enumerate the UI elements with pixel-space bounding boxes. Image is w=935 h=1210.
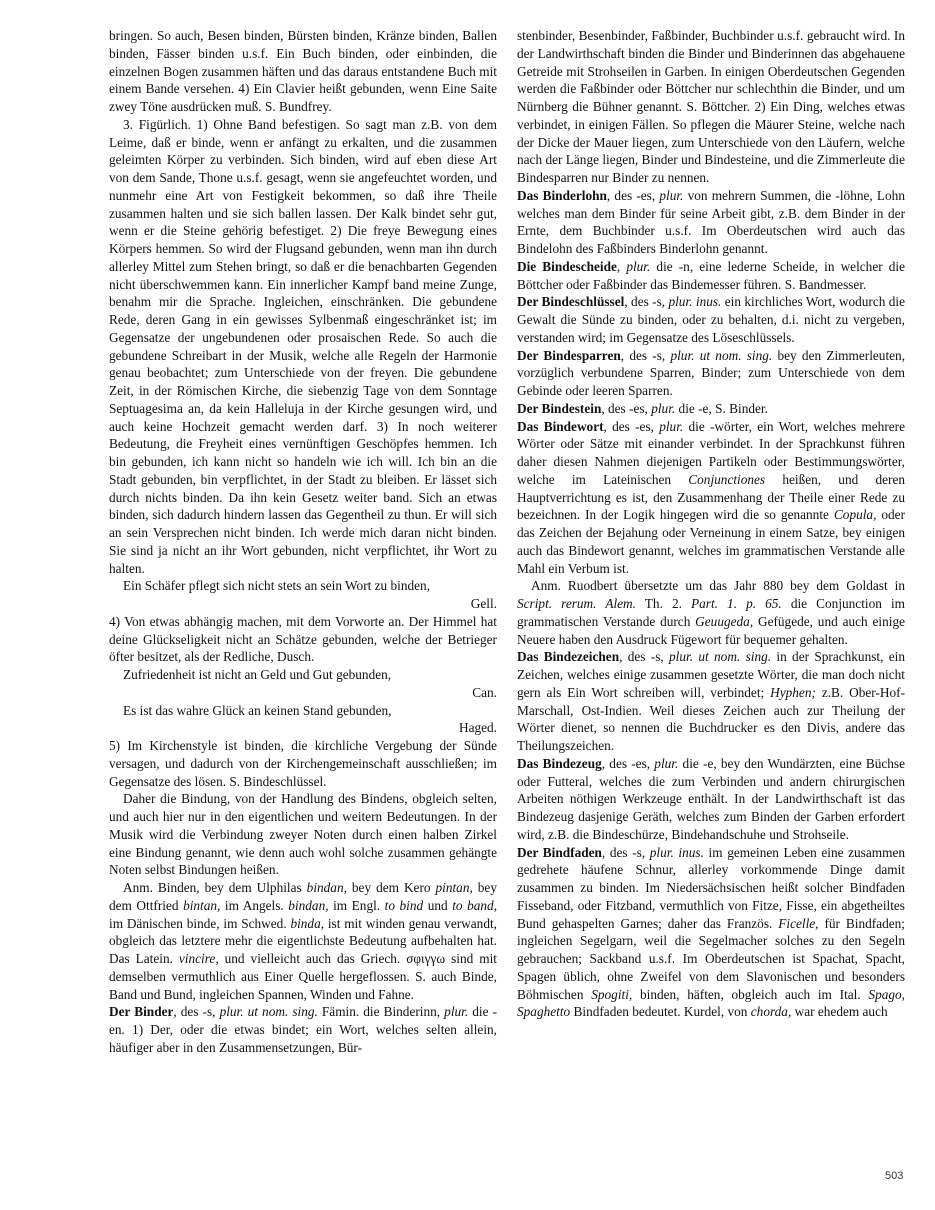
italic-term: Hyphen; bbox=[770, 685, 816, 700]
headword: Der Bindeschlüssel bbox=[517, 294, 624, 309]
entry-der-bindfaden: Der Bindfaden, des -s, plur. inus. im ge… bbox=[517, 844, 905, 1022]
grammar-note: plur. bbox=[651, 401, 675, 416]
right-column: stenbinder, Besenbinder, Faßbinder, Buch… bbox=[517, 27, 905, 1021]
paragraph-binden-cont: bringen. So auch, Besen binden, Bürsten … bbox=[109, 27, 497, 116]
grammar-note: plur. ut nom. sing. bbox=[220, 1004, 318, 1019]
italic-term: bintan, bbox=[183, 898, 220, 913]
page-number: 503 bbox=[885, 1170, 903, 1182]
grammar-note: plur. inus. bbox=[668, 294, 721, 309]
entry-der-binder-cont: stenbinder, Besenbinder, Faßbinder, Buch… bbox=[517, 27, 905, 187]
paragraph-abhaengig: 4) Von etwas abhängig machen, mit dem Vo… bbox=[109, 613, 497, 666]
text: Fämin. die Binderinn, bbox=[318, 1004, 444, 1019]
text: im Engl. bbox=[329, 898, 385, 913]
italic-term: bindan, bbox=[307, 880, 347, 895]
italic-term: vincire, bbox=[179, 951, 219, 966]
text: und bbox=[423, 898, 452, 913]
entry-das-binderlohn: Das Binderlohn, des -es, plur. von mehre… bbox=[517, 187, 905, 258]
headword: Das Bindezeug bbox=[517, 756, 602, 771]
italic-term: bindan, bbox=[288, 898, 328, 913]
italic-term: Geuugeda, bbox=[695, 614, 753, 629]
text: , des -es, bbox=[602, 756, 655, 771]
italic-term: Conjunctiones bbox=[688, 472, 765, 487]
verse-attribution: Can. bbox=[109, 684, 497, 702]
annotation-bindewort: Anm. Ruodbert übersetzte um das Jahr 880… bbox=[517, 577, 905, 648]
text: bey dem Kero bbox=[347, 880, 436, 895]
paragraph-kirchenstyle: 5) Im Kirchenstyle ist binden, die kirch… bbox=[109, 737, 497, 790]
entry-das-bindewort: Das Bindewort, des -es, plur. die -wörte… bbox=[517, 418, 905, 578]
left-column: bringen. So auch, Besen binden, Bürsten … bbox=[109, 27, 497, 1057]
entry-der-bindesparren: Der Bindesparren, des -s, plur. ut nom. … bbox=[517, 347, 905, 400]
entry-die-bindescheide: Die Bindescheide, plur. die -n, eine led… bbox=[517, 258, 905, 294]
headword: Das Binderlohn bbox=[517, 188, 607, 203]
headword: Der Bindestein bbox=[517, 401, 601, 416]
italic-term: Script. rerum. Alem. bbox=[517, 596, 636, 611]
verse-quote: Es ist das wahre Glück an keinen Stand g… bbox=[109, 702, 497, 720]
entry-der-bindeschluessel: Der Bindeschlüssel, des -s, plur. inus. … bbox=[517, 293, 905, 346]
text: , des -s, bbox=[619, 649, 669, 664]
headword: Der Binder bbox=[109, 1004, 173, 1019]
italic-term: to bind bbox=[385, 898, 424, 913]
text: im Angels. bbox=[220, 898, 288, 913]
entry-der-binder: Der Binder, des -s, plur. ut nom. sing. … bbox=[109, 1003, 497, 1056]
text: die -e, S. Binder. bbox=[675, 401, 768, 416]
entry-der-bindestein: Der Bindestein, des -es, plur. die -e, S… bbox=[517, 400, 905, 418]
italic-term: pintan, bbox=[436, 880, 473, 895]
grammar-note: plur. bbox=[659, 188, 683, 203]
text: war ehedem auch bbox=[791, 1004, 887, 1019]
grammar-note: plur. ut nom. sing. bbox=[669, 649, 771, 664]
headword: Die Bindescheide bbox=[517, 259, 617, 274]
headword: Der Bindesparren bbox=[517, 348, 621, 363]
text: , bbox=[617, 259, 626, 274]
italic-term: Spogiti, bbox=[591, 987, 632, 1002]
annotation-binden: Anm. Binden, bey dem Ulphilas bindan, be… bbox=[109, 879, 497, 1003]
text: , des -s, bbox=[602, 845, 650, 860]
text: binden, häften, obgleich auch im Ital. bbox=[632, 987, 868, 1002]
headword: Das Bindezeichen bbox=[517, 649, 619, 664]
text: , des -s, bbox=[621, 348, 671, 363]
entry-das-bindezeichen: Das Bindezeichen, des -s, plur. ut nom. … bbox=[517, 648, 905, 755]
text: im Dänischen binde, im Schwed. bbox=[109, 916, 290, 931]
grammar-note: plur. bbox=[654, 756, 678, 771]
verse-quote: Ein Schäfer pflegt sich nicht stets an s… bbox=[109, 577, 497, 595]
italic-term: Copula, bbox=[834, 507, 876, 522]
italic-term: to band, bbox=[452, 898, 497, 913]
italic-term: Ficelle, bbox=[778, 916, 818, 931]
text: , des -es, bbox=[601, 401, 651, 416]
verse-quote: Zufriedenheit ist nicht an Geld und Gut … bbox=[109, 666, 497, 684]
verse-attribution: Haged. bbox=[109, 719, 497, 737]
text: Th. 2. bbox=[636, 596, 691, 611]
paragraph-figurlich: 3. Figürlich. 1) Ohne Band befestigen. S… bbox=[109, 116, 497, 578]
text: Anm. Ruodbert übersetzte um das Jahr 880… bbox=[531, 578, 905, 593]
italic-term: Part. 1. p. 65. bbox=[691, 596, 782, 611]
text: Anm. Binden, bey dem Ulphilas bbox=[123, 880, 307, 895]
headword: Der Bindfaden bbox=[517, 845, 602, 860]
entry-das-bindezeug: Das Bindezeug, des -es, plur. die -e, be… bbox=[517, 755, 905, 844]
text: , des -s, bbox=[173, 1004, 219, 1019]
text: Bindfaden bedeutet. Kurdel, von bbox=[570, 1004, 751, 1019]
paragraph-bindung: Daher die Bindung, von der Handlung des … bbox=[109, 790, 497, 879]
text: , des -s, bbox=[624, 294, 668, 309]
text: , des -es, bbox=[607, 188, 659, 203]
italic-term: chorda, bbox=[751, 1004, 792, 1019]
text: , des -es, bbox=[604, 419, 660, 434]
verse-attribution: Gell. bbox=[109, 595, 497, 613]
italic-term: binda, bbox=[290, 916, 324, 931]
grammar-note: plur. ut nom. sing. bbox=[670, 348, 772, 363]
grammar-note: plur. inus. bbox=[650, 845, 704, 860]
grammar-note: plur. bbox=[626, 259, 650, 274]
headword: Das Bindewort bbox=[517, 419, 604, 434]
grammar-note: plur. bbox=[444, 1004, 468, 1019]
grammar-note: plur. bbox=[659, 419, 683, 434]
